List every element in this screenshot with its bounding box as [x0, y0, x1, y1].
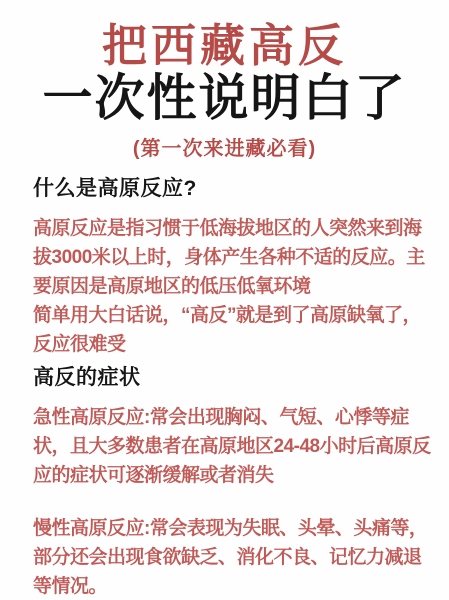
title-main-line: 一次性说明白了 — [33, 72, 416, 124]
paragraph-acute-symptoms: 急性高原反应:常会出现胸闷、气短、心悸等症状，且大多数患者在高原地区24-48小… — [33, 403, 439, 490]
subtitle: (第一次来进藏必看) — [33, 137, 416, 161]
paragraph-plain-explanation: 简单用大白话说，“高反”就是到了高原缺氧了，反应很难受 — [33, 301, 439, 359]
infographic-page: 把西藏高反 一次性说明白了 (第一次来进藏必看) 什么是高原反应? 高原反应是指… — [0, 0, 449, 600]
paragraph-chronic-symptoms: 慢性高原反应:常会表现为失眠、头晕、头痛等，部分还会出现食欲缺乏、消化不良、记忆… — [33, 514, 439, 600]
title-accent-line: 把西藏高反 — [33, 20, 416, 72]
poster-header: 把西藏高反 一次性说明白了 (第一次来进藏必看) — [33, 20, 416, 161]
section-what-is-altitude-sickness: 什么是高原反应? 高原反应是指习惯于低海拔地区的人突然来到海拔3000米以上时，… — [33, 176, 439, 359]
section-heading-what-is: 什么是高原反应? — [33, 176, 439, 202]
paragraph-definition: 高原反应是指习惯于低海拔地区的人突然来到海拔3000米以上时，身体产生各种不适的… — [33, 214, 439, 301]
section-symptoms: 高反的症状 急性高原反应:常会出现胸闷、气短、心悸等症状，且大多数患者在高原地区… — [33, 365, 439, 600]
section-heading-symptoms: 高反的症状 — [33, 365, 439, 391]
